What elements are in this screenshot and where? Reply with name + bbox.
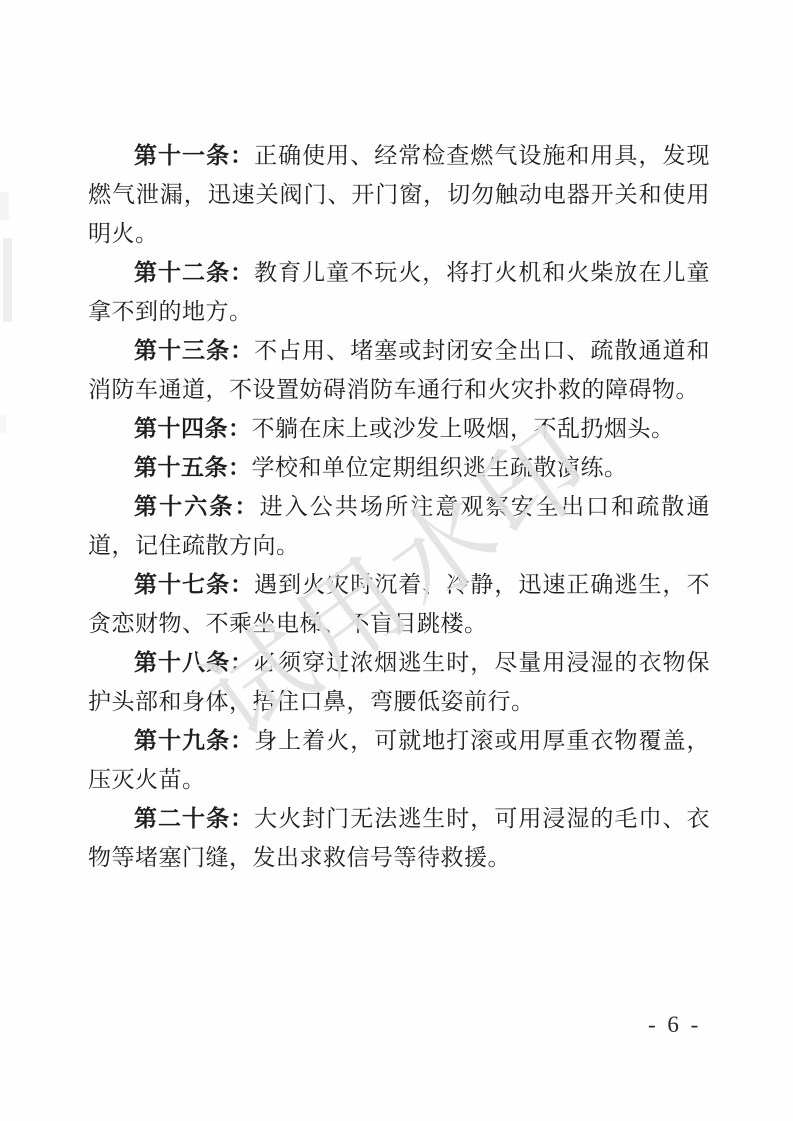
article-label: 第十六条： (134, 493, 260, 519)
article-paragraph: 第十八条：必须穿过浓烟逃生时，尽量用浸湿的衣物保护头部和身体，捂住口鼻，弯腰低姿… (88, 643, 710, 721)
article-label: 第十三条： (134, 337, 254, 363)
article-paragraph: 第十三条：不占用、堵塞或封闭安全出口、疏散通道和消防车通道，不设置妨碍消防车通行… (88, 331, 710, 409)
article-label: 第十一条： (134, 142, 254, 168)
article-paragraph: 第十五条：学校和单位定期组织逃生疏散演练。 (88, 448, 710, 487)
article-label: 第十五条： (134, 454, 252, 480)
article-label: 第二十条： (134, 805, 254, 831)
article-label: 第十四条： (134, 415, 252, 441)
article-paragraph: 第十二条：教育儿童不玩火，将打火机和火柴放在儿童拿不到的地方。 (88, 253, 710, 331)
article-label: 第十二条： (134, 259, 254, 285)
document-body: 第十一条：正确使用、经常检查燃气设施和用具，发现燃气泄漏，迅速关阀门、开门窗，切… (88, 136, 710, 877)
scan-smudge (3, 238, 12, 322)
article-paragraph: 第十九条：身上着火，可就地打滚或用厚重衣物覆盖，压灭火苗。 (88, 721, 710, 799)
article-text: 学校和单位定期组织逃生疏散演练。 (252, 455, 628, 480)
article-label: 第十九条： (134, 727, 254, 753)
article-paragraph: 第十一条：正确使用、经常检查燃气设施和用具，发现燃气泄漏，迅速关阀门、开门窗，切… (88, 136, 710, 253)
article-paragraph: 第十六条：进入公共场所注意观察安全出口和疏散通道，记住疏散方向。 (88, 487, 710, 565)
article-paragraph: 第十七条：遇到火灾时沉着、冷静，迅速正确逃生，不贪恋财物、不乘坐电梯、不盲目跳楼… (88, 565, 710, 643)
article-text: 不躺在床上或沙发上吸烟，不乱扔烟头。 (252, 416, 675, 441)
scan-smudge (0, 192, 9, 220)
article-label: 第十八条： (134, 649, 254, 675)
page-number: - 6 - (648, 1012, 701, 1038)
article-label: 第十七条： (134, 571, 254, 597)
article-paragraph: 第二十条：大火封门无法逃生时，可用浸湿的毛巾、衣物等堵塞门缝，发出求救信号等待救… (88, 799, 710, 877)
scan-smudge (0, 415, 6, 433)
document-page: 第十一条：正确使用、经常检查燃气设施和用具，发现燃气泄漏，迅速关阀门、开门窗，切… (0, 0, 793, 1121)
article-paragraph: 第十四条：不躺在床上或沙发上吸烟，不乱扔烟头。 (88, 409, 710, 448)
